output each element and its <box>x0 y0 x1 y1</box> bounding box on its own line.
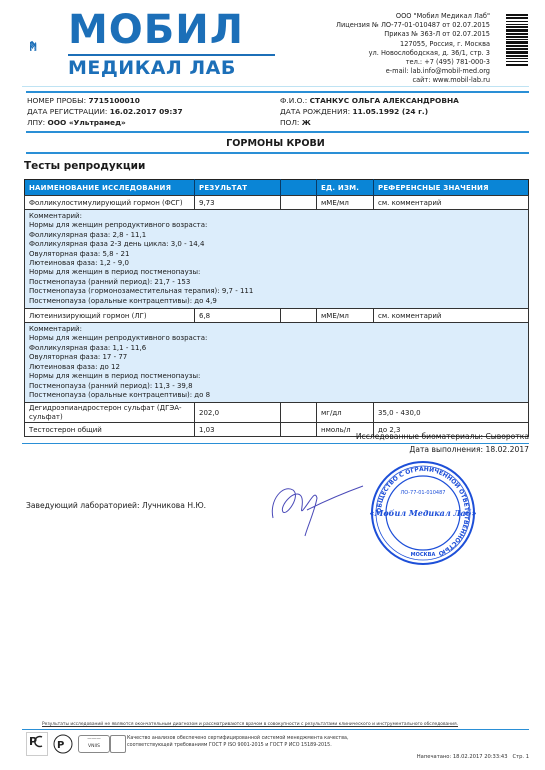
disclaimer: Результаты исследований не являются окон… <box>42 722 458 727</box>
page-number: Стр. 1 <box>512 754 529 760</box>
vniis-badge: ———VNIIS <box>78 735 110 753</box>
patient-dob: ДАТА РОЖДЕНИЯ: 11.05.1992 (24 г.) <box>280 106 459 117</box>
company-info: ООО "Мобил Медикал Лаб" Лицензия № ЛО-77… <box>336 12 490 86</box>
header-unit: ЕД. ИЗМ. <box>317 180 374 196</box>
rst-cert-icon: Р <box>26 732 48 756</box>
company-city: 127055, Россия, г. Москва <box>336 40 490 49</box>
header-divider <box>22 86 529 87</box>
svg-text:МОСКВА: МОСКВА <box>411 552 436 558</box>
table-comment-row: Комментарий:Нормы для женщин репродуктив… <box>25 323 529 403</box>
patient-info: Ф.И.О.: СТАНКУС ОЛЬГА АЛЕКСАНДРОВНА ДАТА… <box>280 95 459 128</box>
svg-text:Р: Р <box>29 735 37 748</box>
header-flag <box>281 180 317 196</box>
registration-date: ДАТА РЕГИСТРАЦИИ: 16.02.2017 09:37 <box>27 106 183 117</box>
company-phone: тел.: +7 (495) 781-000-3 <box>336 58 490 67</box>
patient-name: Ф.И.О.: СТАНКУС ОЛЬГА АЛЕКСАНДРОВНА <box>280 95 459 106</box>
table-row: Фолликулостимулирующий гормон (ФСГ) 9,73… <box>25 196 529 210</box>
quality-note: Качество анализов обеспечено сертифициро… <box>127 735 349 749</box>
company-license: Лицензия № ЛО-77-01-010487 от 02.07.2015 <box>336 21 490 30</box>
table-header-row: НАИМЕНОВАНИЕ ИССЛЕДОВАНИЯ РЕЗУЛЬТАТ ЕД. … <box>25 180 529 196</box>
gost-cert-icon: Р <box>52 732 74 756</box>
company-email[interactable]: e-mail: lab.info@mobil-med.org <box>336 67 490 76</box>
company-street: ул. Новослободская, д. 36/1, стр. 3 <box>336 49 490 58</box>
fsh-comment: Комментарий:Нормы для женщин репродуктив… <box>25 210 529 309</box>
lh-comment: Комментарий:Нормы для женщин репродуктив… <box>25 323 529 403</box>
patient-sex: ПОЛ: Ж <box>280 117 459 128</box>
logo-subtitle: МЕДИКАЛ ЛАБ <box>68 58 236 78</box>
results-table: НАИМЕНОВАНИЕ ИССЛЕДОВАНИЯ РЕЗУЛЬТАТ ЕД. … <box>24 179 529 437</box>
sample-info: НОМЕР ПРОБЫ: 7715100010 ДАТА РЕГИСТРАЦИИ… <box>27 95 183 128</box>
header-reference: РЕФЕРЕНСНЫЕ ЗНАЧЕНИЯ <box>374 180 529 196</box>
barcode <box>506 14 528 72</box>
table-row: Лютеинизирующий гормон (ЛГ) 6,8 мМЕ/мл с… <box>25 309 529 323</box>
company-order: Приказ № 363-Л от 02.07.2015 <box>336 30 490 39</box>
sample-number: НОМЕР ПРОБЫ: 7715100010 <box>27 95 183 106</box>
tests-title: Тесты репродукции <box>24 160 145 172</box>
table-row: Дегидроэпиандростерон сульфат (ДГЭА-суль… <box>25 403 529 423</box>
lpu: ЛПУ: ООО «Ультрамед» <box>27 117 183 128</box>
biomaterials: Исследованные биоматериалы: Сыворотка <box>356 432 529 441</box>
svg-text:ЛО-77-01-010487: ЛО-77-01-010487 <box>401 490 446 496</box>
svg-text:«Мобил Медикал Лаб»: «Мобил Медикал Лаб» <box>370 508 476 518</box>
execution-date: Дата выполнения: 18.02.2017 <box>409 445 529 454</box>
patient-bottom-rule <box>26 131 529 133</box>
signature-icon <box>265 470 365 540</box>
table-comment-row: Комментарий:Нормы для женщин репродуктив… <box>25 210 529 309</box>
printed-timestamp: Напечатано: 18.02.2017 20:33:43 <box>417 754 508 760</box>
section-rule <box>26 152 529 154</box>
section-title: ГОРМОНЫ КРОВИ <box>22 138 529 149</box>
company-name: ООО "Мобил Медикал Лаб" <box>336 12 490 21</box>
stamp-icon: ОБЩЕСТВО С ОГРАНИЧЕННОЙ ОТВЕТСТВЕННОСТЬЮ… <box>370 460 476 566</box>
printed-info: Напечатано: 18.02.2017 20:33:43 Стр. 1 <box>417 754 529 760</box>
header-result: РЕЗУЛЬТАТ <box>195 180 281 196</box>
svg-text:Р: Р <box>57 740 64 751</box>
head-of-lab: Заведующий лабораторией: Лучникова Н.Ю. <box>26 501 206 510</box>
footer-rule <box>22 729 529 730</box>
logo-divider <box>68 54 275 56</box>
company-site[interactable]: сайт: www.mobil-lab.ru <box>336 76 490 85</box>
header-test-name: НАИМЕНОВАНИЕ ИССЛЕДОВАНИЯ <box>25 180 195 196</box>
patient-top-rule <box>26 91 529 93</box>
biomaterials-rule <box>22 443 529 444</box>
cert-badge-small <box>110 735 126 753</box>
logo-emblem-icon <box>30 14 70 78</box>
logo-title: МОБИЛ <box>68 10 244 50</box>
